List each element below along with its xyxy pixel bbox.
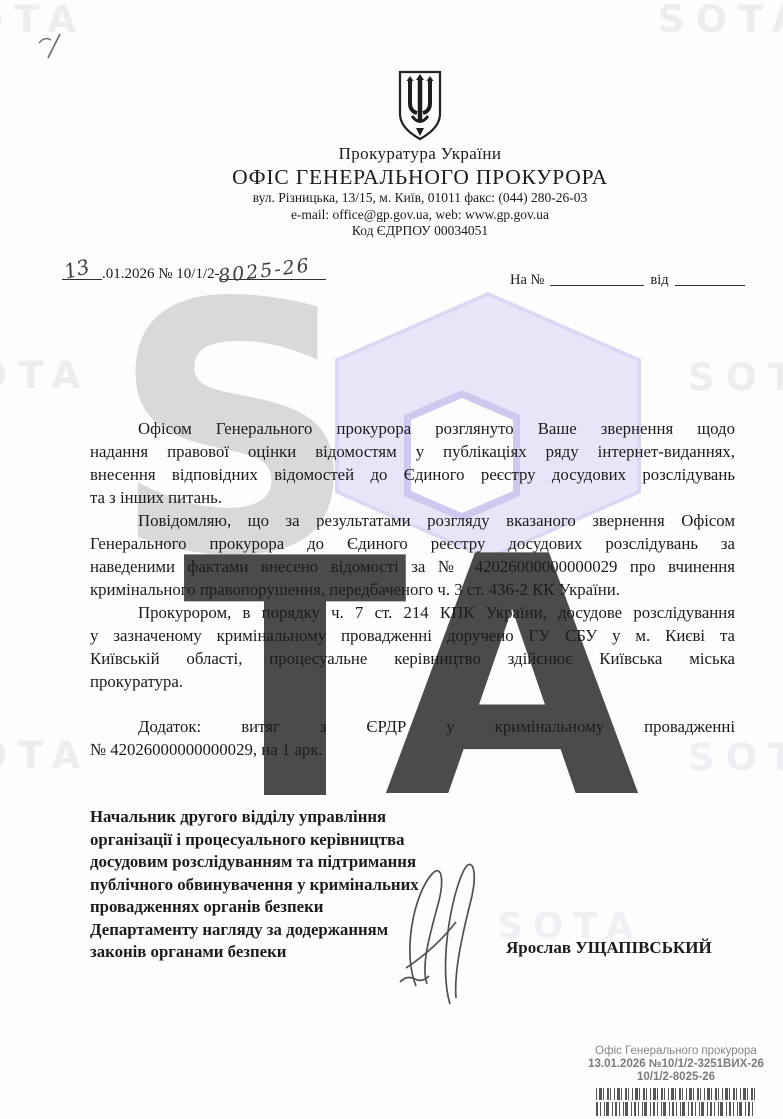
paragraph: Офісом Генерального прокурора розглянуто… (90, 417, 735, 509)
stamp-office-name: Офіс Генерального прокурора (586, 1045, 766, 1058)
body-line: внесення відповідних відомостей до Єдино… (90, 463, 735, 486)
attachment-line: № 42026000000000029, на 1 арк. (90, 738, 735, 761)
reply-no-blank (550, 285, 644, 286)
scanned-letter-page: S T A SOTA SOTA SOTA SOTA SOTA SOTA SOTA (0, 0, 783, 1119)
body-line: наведеними фактами внесено відомості за … (90, 555, 735, 578)
letter-body: Офісом Генерального прокурора розглянуто… (90, 417, 735, 761)
body-line: та з інших питань. (90, 486, 735, 509)
watermark-tile-top-right: SOTA (658, 0, 783, 41)
body-line: Повідомляю, що за результатами розгляду … (90, 509, 735, 532)
letterhead: Прокуратура України ОФІС ГЕНЕРАЛЬНОГО ПР… (57, 70, 783, 240)
stamp-doc-number: 10/1/2-8025-26 (586, 1071, 766, 1084)
watermark-tile-right-mid: SOTA (688, 356, 783, 399)
stamp-reg-number: 13.01.2026 №10/1/2-3251ВИХ-26 (586, 1058, 766, 1071)
body-line: надання правової оцінки відомостям у пуб… (90, 440, 735, 463)
position-line: Начальник другого відділу управління (90, 806, 490, 829)
body-line: у зазначеному кримінальному провадженні … (90, 624, 735, 647)
position-line: організації і процесуального керівництва (90, 829, 490, 852)
outgoing-ref-line: 13.01.2026 № 10/1/2-8025-26 (62, 266, 326, 283)
org-name-main: ОФІС ГЕНЕРАЛЬНОГО ПРОКУРОРА (57, 165, 783, 190)
paragraph: Повідомляю, що за результатами розгляду … (90, 509, 735, 601)
signer-name: Ярослав УЩАПІВСЬКИЙ (506, 938, 712, 958)
handwritten-number: 8025-26 (217, 254, 312, 287)
org-address: вул. Різницька, 13/15, м. Київ, 01011 фа… (57, 190, 783, 207)
body-line: прокуратура. (90, 670, 735, 693)
reply-from-label: від (650, 272, 668, 288)
org-contacts: e-mail: office@gp.gov.ua, web: www.gp.go… (57, 207, 783, 224)
attachment-paragraph: Додаток: витяг з ЄРДР у кримінальному пр… (90, 715, 735, 761)
reply-from-blank (675, 285, 745, 286)
handwritten-day: 13 (61, 254, 92, 283)
org-edrpou-code: Код ЄДРПОУ 00034051 (57, 223, 783, 240)
attachment-line: Додаток: витяг з ЄРДР у кримінальному пр… (90, 715, 735, 738)
registration-stamp: Офіс Генерального прокурора 13.01.2026 №… (586, 1045, 766, 1116)
paragraph: Прокурором, в порядку ч. 7 ст. 214 КПК У… (90, 601, 735, 693)
pen-mark (36, 30, 70, 62)
watermark-tile-left-mid: SOTA (0, 354, 91, 397)
body-line: Генерального прокурора до Єдиного реєстр… (90, 532, 735, 555)
handwritten-number-field: 8025-26 (220, 279, 326, 280)
body-line: Київській області, процесуальне керівниц… (90, 647, 735, 670)
barcode (596, 1088, 756, 1116)
watermark-tile-left-low: SOTA (0, 734, 91, 777)
org-name-small: Прокуратура України (57, 144, 783, 164)
body-line: Офісом Генерального прокурора розглянуто… (90, 417, 735, 440)
body-line: кримінального правопорушення, передбачен… (90, 578, 735, 601)
ukraine-trident-emblem (397, 70, 443, 142)
handwritten-signature (398, 856, 520, 1006)
ref-number-printed: .01.2026 № 10/1/2- (102, 266, 220, 282)
reply-no-label: На № (510, 272, 544, 288)
barcode-row (596, 1102, 756, 1116)
reply-ref-line: На №від (510, 272, 745, 289)
handwritten-day-field: 13 (62, 279, 102, 280)
body-line: Прокурором, в порядку ч. 7 ст. 214 КПК У… (90, 601, 735, 624)
barcode-row (596, 1088, 756, 1100)
